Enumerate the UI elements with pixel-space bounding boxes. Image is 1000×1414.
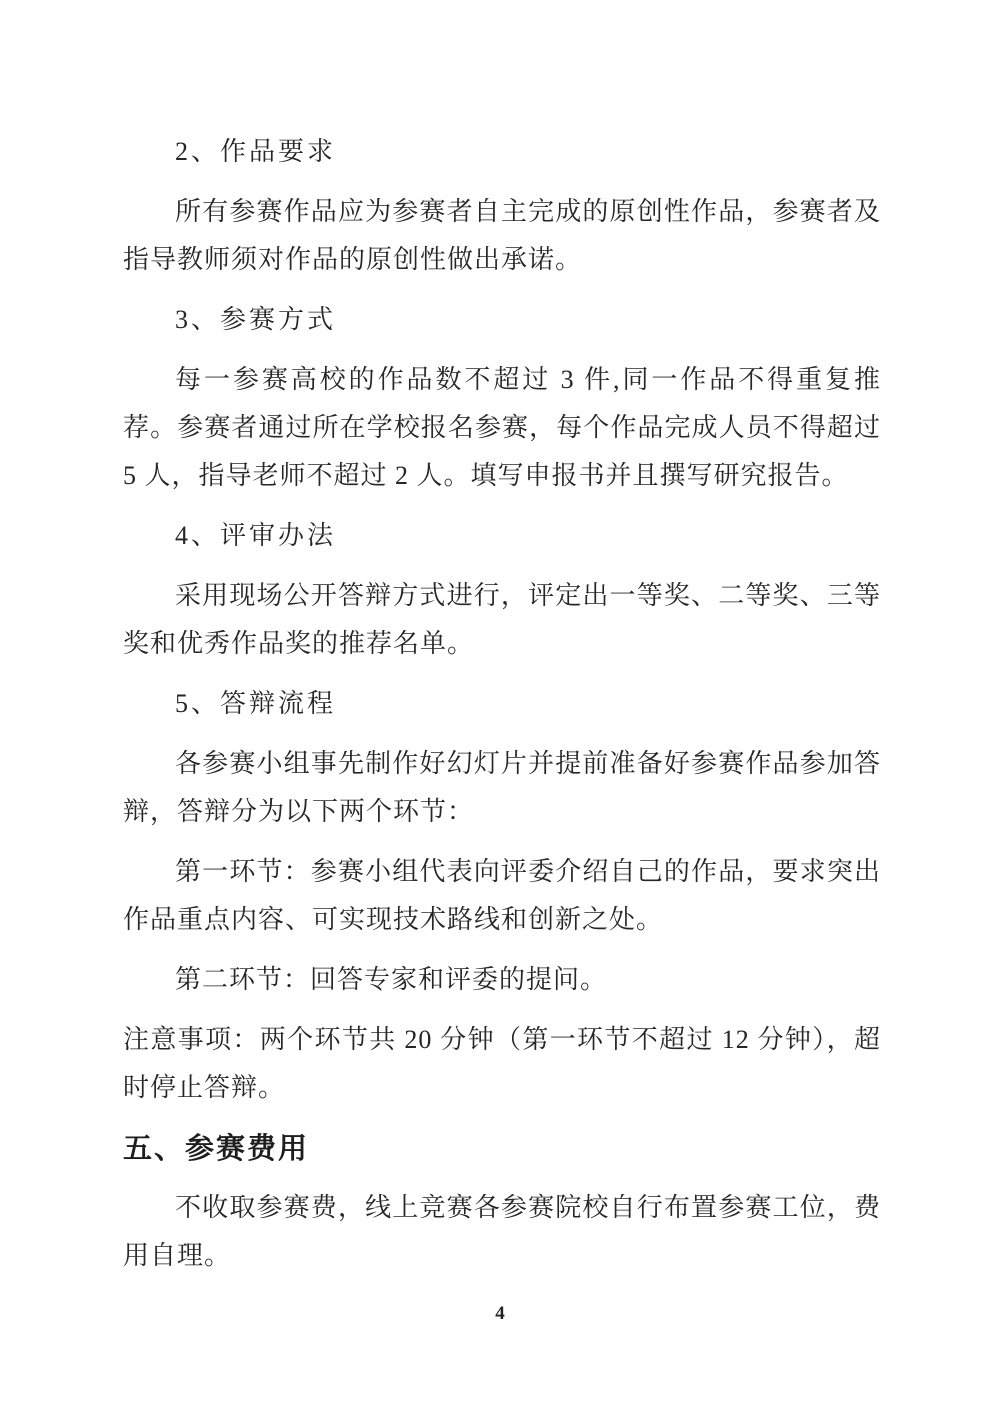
paragraph-defense-stage-two: 第二环节：回答专家和评委的提问。 — [123, 956, 881, 1004]
document-page: 2、作品要求 所有参赛作品应为参赛者自主完成的原创性作品，参赛者及指导教师须对作… — [0, 0, 1000, 1414]
document-body: 2、作品要求 所有参赛作品应为参赛者自主完成的原创性作品，参赛者及指导教师须对作… — [123, 128, 881, 1292]
section-heading-review-method: 4、评审办法 — [123, 512, 881, 560]
paragraph-defense-preparation: 各参赛小组事先制作好幻灯片并提前准备好参赛作品参加答辩，答辩分为以下两个环节： — [123, 740, 881, 836]
paragraph-works-requirements: 所有参赛作品应为参赛者自主完成的原创性作品，参赛者及指导教师须对作品的原创性做出… — [123, 188, 881, 284]
section-heading-participation-method: 3、参赛方式 — [123, 296, 881, 344]
paragraph-review-method: 采用现场公开答辩方式进行，评定出一等奖、二等奖、三等奖和优秀作品奖的推荐名单。 — [123, 572, 881, 668]
chapter-heading-entry-fees: 五、参赛费用 — [123, 1124, 881, 1174]
page-number: 4 — [0, 1303, 1000, 1325]
paragraph-entry-fees: 不收取参赛费，线上竞赛各参赛院校自行布置参赛工位，费用自理。 — [123, 1184, 881, 1280]
paragraph-defense-stage-one: 第一环节：参赛小组代表向评委介绍自己的作品，要求突出作品重点内容、可实现技术路线… — [123, 848, 881, 944]
paragraph-notes: 注意事项：两个环节共 20 分钟（第一环节不超过 12 分钟），超时停止答辩。 — [123, 1016, 881, 1112]
section-heading-defense-process: 5、答辩流程 — [123, 680, 881, 728]
paragraph-participation-method: 每一参赛高校的作品数不超过 3 件,同一作品不得重复推荐。参赛者通过所在学校报名… — [123, 356, 881, 500]
section-heading-works-requirements: 2、作品要求 — [123, 128, 881, 176]
